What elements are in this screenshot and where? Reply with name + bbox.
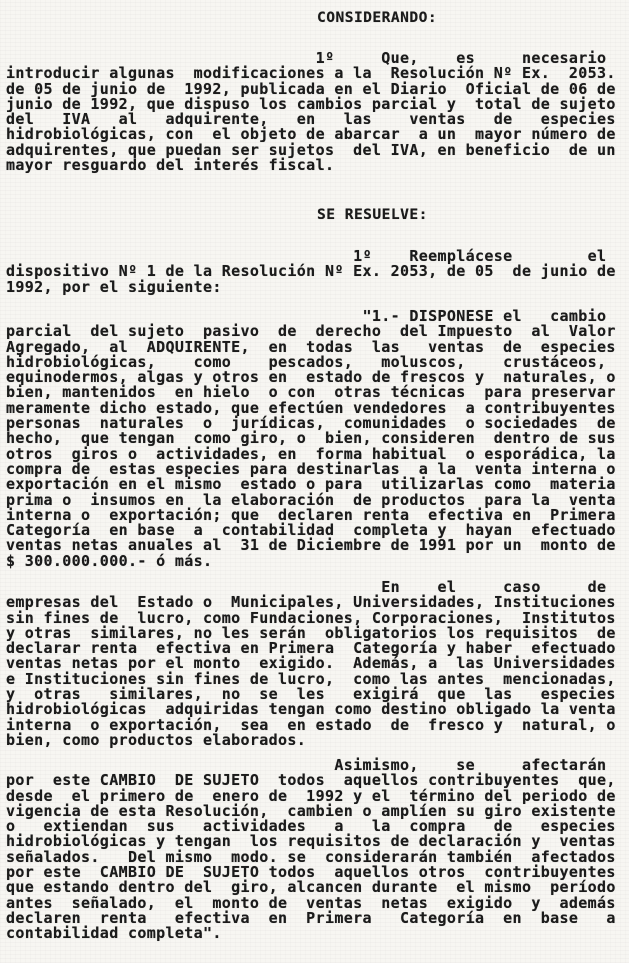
section-heading-considerando: CONSIDERANDO: [317,9,437,26]
paragraph-excepciones-instituciones: En el caso de empresas del Estado o Muni… [6,580,616,748]
paragraph-resuelve-1: 1º Reemplácese el dispositivo Nº 1 de la… [6,249,616,295]
paragraph-cambio-sujeto-alcance: Asimismo, se afectarán por este CAMBIO D… [6,758,616,942]
paragraph-considerando-1: 1º Que, es necesario introducir algunas … [6,51,616,173]
section-heading-se-resuelve: SE RESUELVE: [317,206,428,223]
paragraph-dispone-cambio-sujeto: "1.- DISPONESE el cambio parcial del suj… [6,309,616,569]
scanned-document-page: CONSIDERANDO: 1º Que, es necesario intro… [0,0,629,963]
